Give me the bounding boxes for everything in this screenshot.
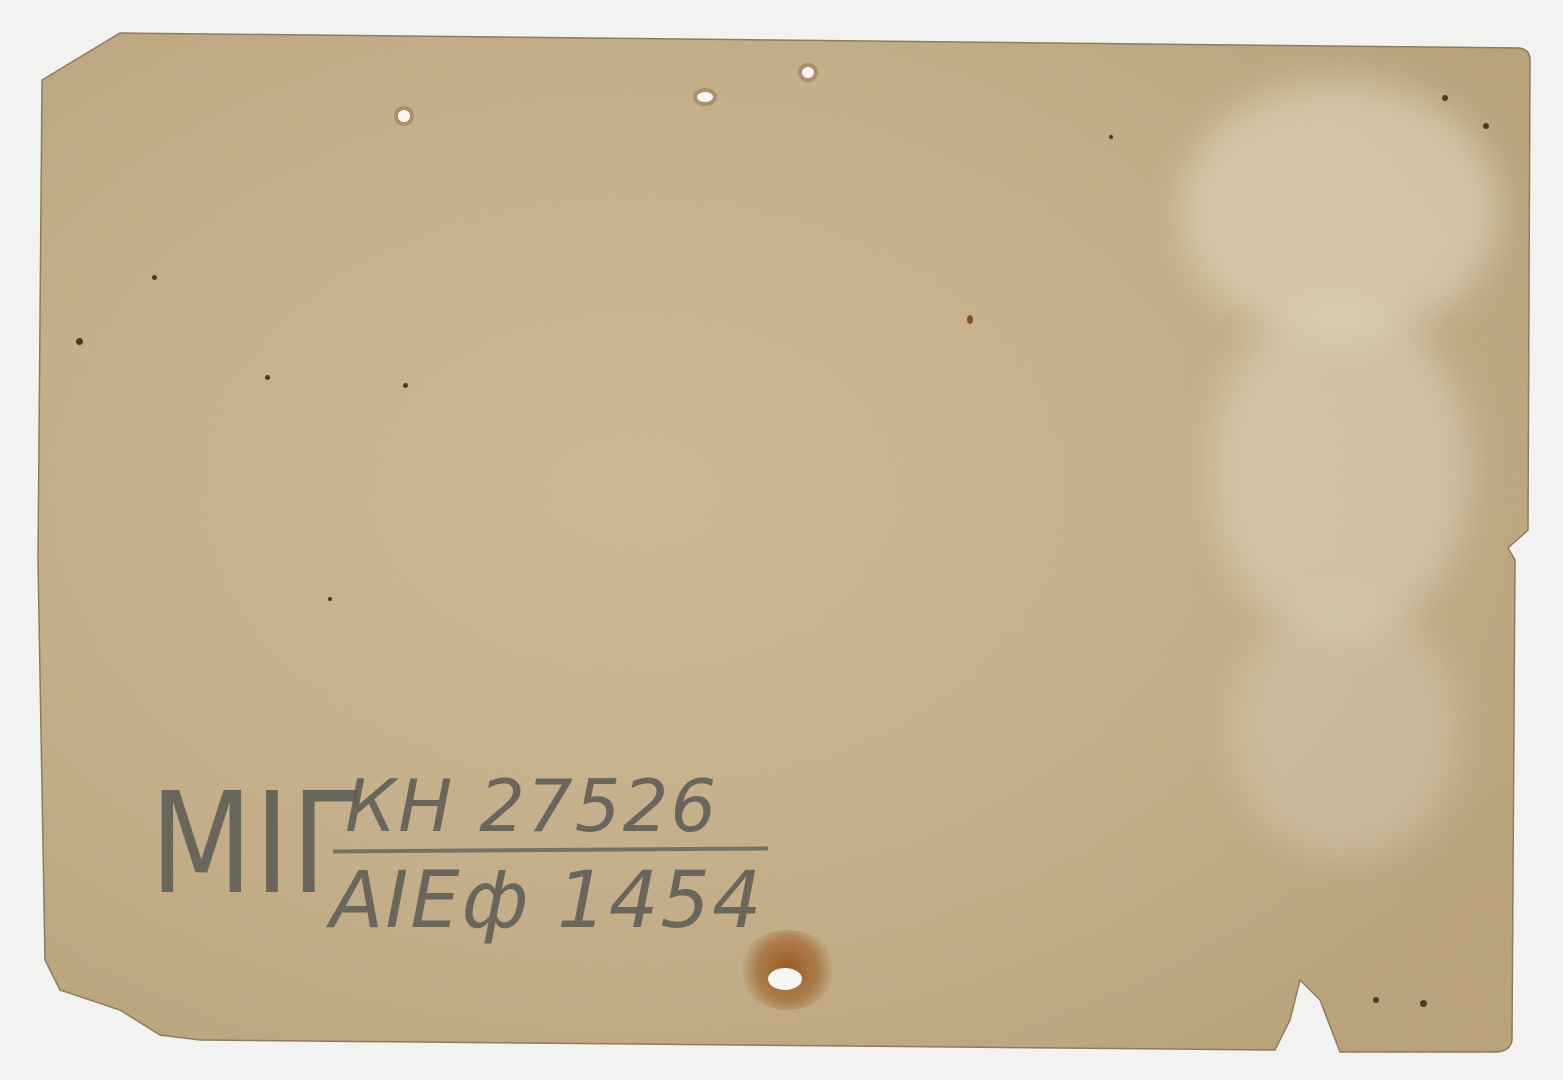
speck	[967, 315, 973, 324]
inscription-denominator: АІЕф 1454	[330, 862, 764, 940]
speck	[1420, 1000, 1427, 1007]
punch-hole	[697, 92, 713, 102]
speck	[328, 597, 332, 601]
torn-hole	[768, 968, 802, 990]
speck	[1373, 997, 1379, 1003]
speck	[403, 383, 408, 388]
punch-hole	[802, 67, 814, 78]
speck	[265, 375, 270, 380]
water-stain	[1230, 600, 1460, 860]
speck	[76, 338, 83, 345]
speck	[152, 275, 157, 280]
inscription-numerator: КН 27526	[345, 770, 718, 842]
speck	[1109, 135, 1113, 139]
punch-hole	[398, 110, 410, 122]
speck	[1442, 95, 1448, 101]
paper-card: МІГ КН 27526 АІЕф 1454	[0, 0, 1563, 1080]
water-stain	[1210, 300, 1470, 640]
speck	[1483, 123, 1489, 129]
